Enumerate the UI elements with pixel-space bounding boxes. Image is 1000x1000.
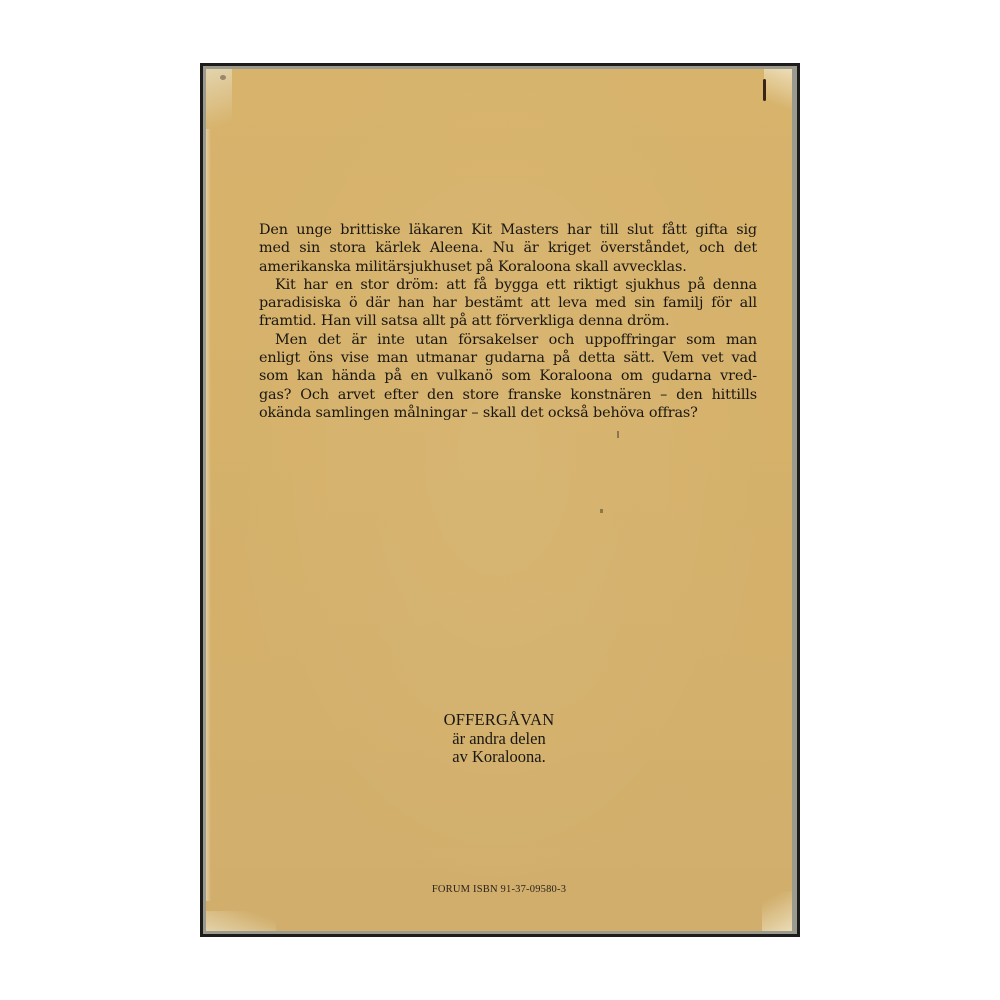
cover-speck: [600, 509, 603, 513]
cover-stain: [220, 75, 226, 80]
series-note-line: är andra delen: [206, 730, 792, 749]
blurb-line: gas? Och arvet efter den store franske k…: [259, 386, 757, 404]
publisher-isbn: FORUM ISBN 91-37-09580-3: [206, 884, 792, 895]
blurb-paragraph-3: Men det är inte utan försakelser och upp…: [259, 331, 757, 422]
blurb-line: framtid. Han vill satsa allt på att förv…: [259, 312, 757, 330]
blurb-line: okända samlingen målningar – skall det o…: [259, 404, 757, 422]
blurb-line: Kit har en stor dröm: att få bygga ett r…: [259, 276, 757, 294]
blurb-line: enligt öns vise man utmanar gudarna på d…: [259, 349, 757, 367]
cover-tear: [763, 79, 766, 101]
blurb-line: som kan hända på en vulkanö som Koraloon…: [259, 367, 757, 385]
blurb-line: paradisiska ö där han har bestämt att le…: [259, 294, 757, 312]
cover-speck: [617, 431, 619, 438]
blurb-line: amerikanska militärsjukhuset på Koraloon…: [259, 258, 757, 276]
series-note-line: av Koraloona.: [206, 748, 792, 767]
cover-edge-wear: [206, 129, 211, 901]
blurb-text: Den unge brittiske läkaren Kit Masters h…: [259, 221, 757, 422]
book-back-cover: Den unge brittiske läkaren Kit Masters h…: [206, 69, 792, 931]
blurb-paragraph-2: Kit har en stor dröm: att få bygga ett r…: [259, 276, 757, 331]
series-note: OFFERGÅVAN är andra delen av Koraloona.: [206, 711, 792, 767]
blurb-line: Men det är inte utan försakelser och upp…: [259, 331, 757, 349]
cover-corner-wear-bottom-left: [206, 911, 276, 931]
cover-corner-wear-top-right: [764, 69, 792, 109]
series-title: OFFERGÅVAN: [206, 711, 792, 730]
blurb-line: Den unge brittiske läkaren Kit Masters h…: [259, 221, 757, 239]
blurb-line: med sin stora kärlek Aleena. Nu är krige…: [259, 239, 757, 257]
cover-corner-wear-top-left: [206, 69, 232, 139]
cover-corner-wear-bottom-right: [762, 891, 792, 931]
blurb-paragraph-1: Den unge brittiske läkaren Kit Masters h…: [259, 221, 757, 276]
book-back-cover-frame: Den unge brittiske läkaren Kit Masters h…: [200, 63, 800, 937]
